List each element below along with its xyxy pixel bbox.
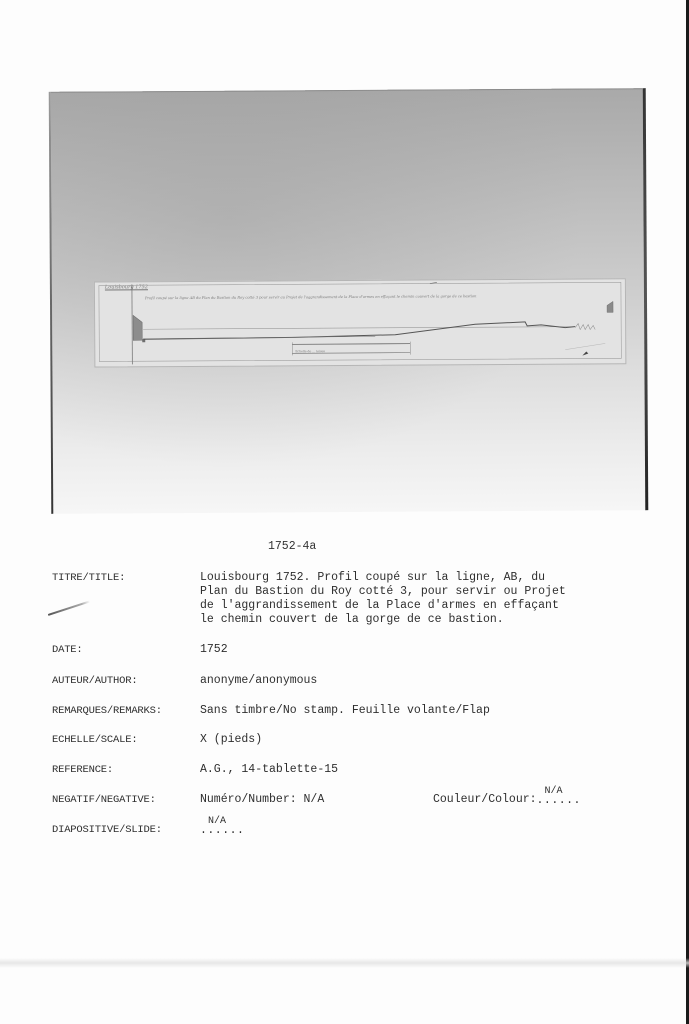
- title-line: de l'aggrandissement de la Place d'armes…: [200, 599, 600, 613]
- colour-label: Couleur/Colour:: [433, 793, 537, 806]
- field-label: REMARQUES/REMARKS:: [52, 704, 162, 718]
- field-label: REFERENCE:: [52, 763, 113, 777]
- field-value: X (pieds): [200, 733, 262, 747]
- field-label: ECHELLE/SCALE:: [52, 733, 137, 747]
- photo-edge-left: [49, 92, 54, 514]
- title-line: le chemin couvert de la gorge de ce bast…: [200, 613, 600, 627]
- profile-drawing: Louisbourg 1752 Profil coupé sur la lign…: [94, 278, 627, 367]
- pencil-mark: [48, 600, 90, 615]
- profile-section-graphic: Echelle de … toises: [95, 279, 626, 366]
- field-value: Numéro/Number: N/A: [200, 793, 324, 807]
- field-label: DIAPOSITIVE/SLIDE:: [52, 823, 162, 837]
- title-line: Plan du Bastion du Roy cotté 3, pour ser…: [200, 585, 600, 599]
- slide-value: N/A......: [200, 823, 248, 837]
- field-label: TITRE/TITLE:: [52, 571, 125, 585]
- field-value: N/A......: [200, 823, 248, 837]
- colour-entry: Couleur/Colour:N/A......: [433, 793, 585, 807]
- fill-dots: ......: [200, 824, 244, 838]
- photo-edge-right: [643, 88, 649, 510]
- field-value: Sans timbre/No stamp. Feuille volante/Fl…: [200, 704, 490, 718]
- field-value: A.G., 14-tablette-15: [200, 763, 338, 777]
- title-line: Louisbourg 1752. Profil coupé sur la lig…: [200, 571, 600, 585]
- field-value-title: Louisbourg 1752. Profil coupé sur la lig…: [200, 571, 600, 627]
- field-label: NEGATIF/NEGATIVE:: [52, 793, 156, 807]
- fill-dots: ......: [537, 794, 581, 808]
- photograph: Louisbourg 1752 Profil coupé sur la lign…: [51, 88, 646, 514]
- reference-number: 1752-4a: [268, 540, 316, 553]
- svg-text:Echelle de … toises: Echelle de … toises: [295, 349, 325, 353]
- field-label: DATE:: [52, 643, 83, 657]
- fold-line: [0, 958, 689, 968]
- colour-value: N/A......: [537, 793, 585, 807]
- field-label: AUTEUR/AUTHOR:: [52, 674, 137, 688]
- field-value: 1752: [200, 643, 228, 657]
- field-value: anonyme/anonymous: [200, 674, 317, 688]
